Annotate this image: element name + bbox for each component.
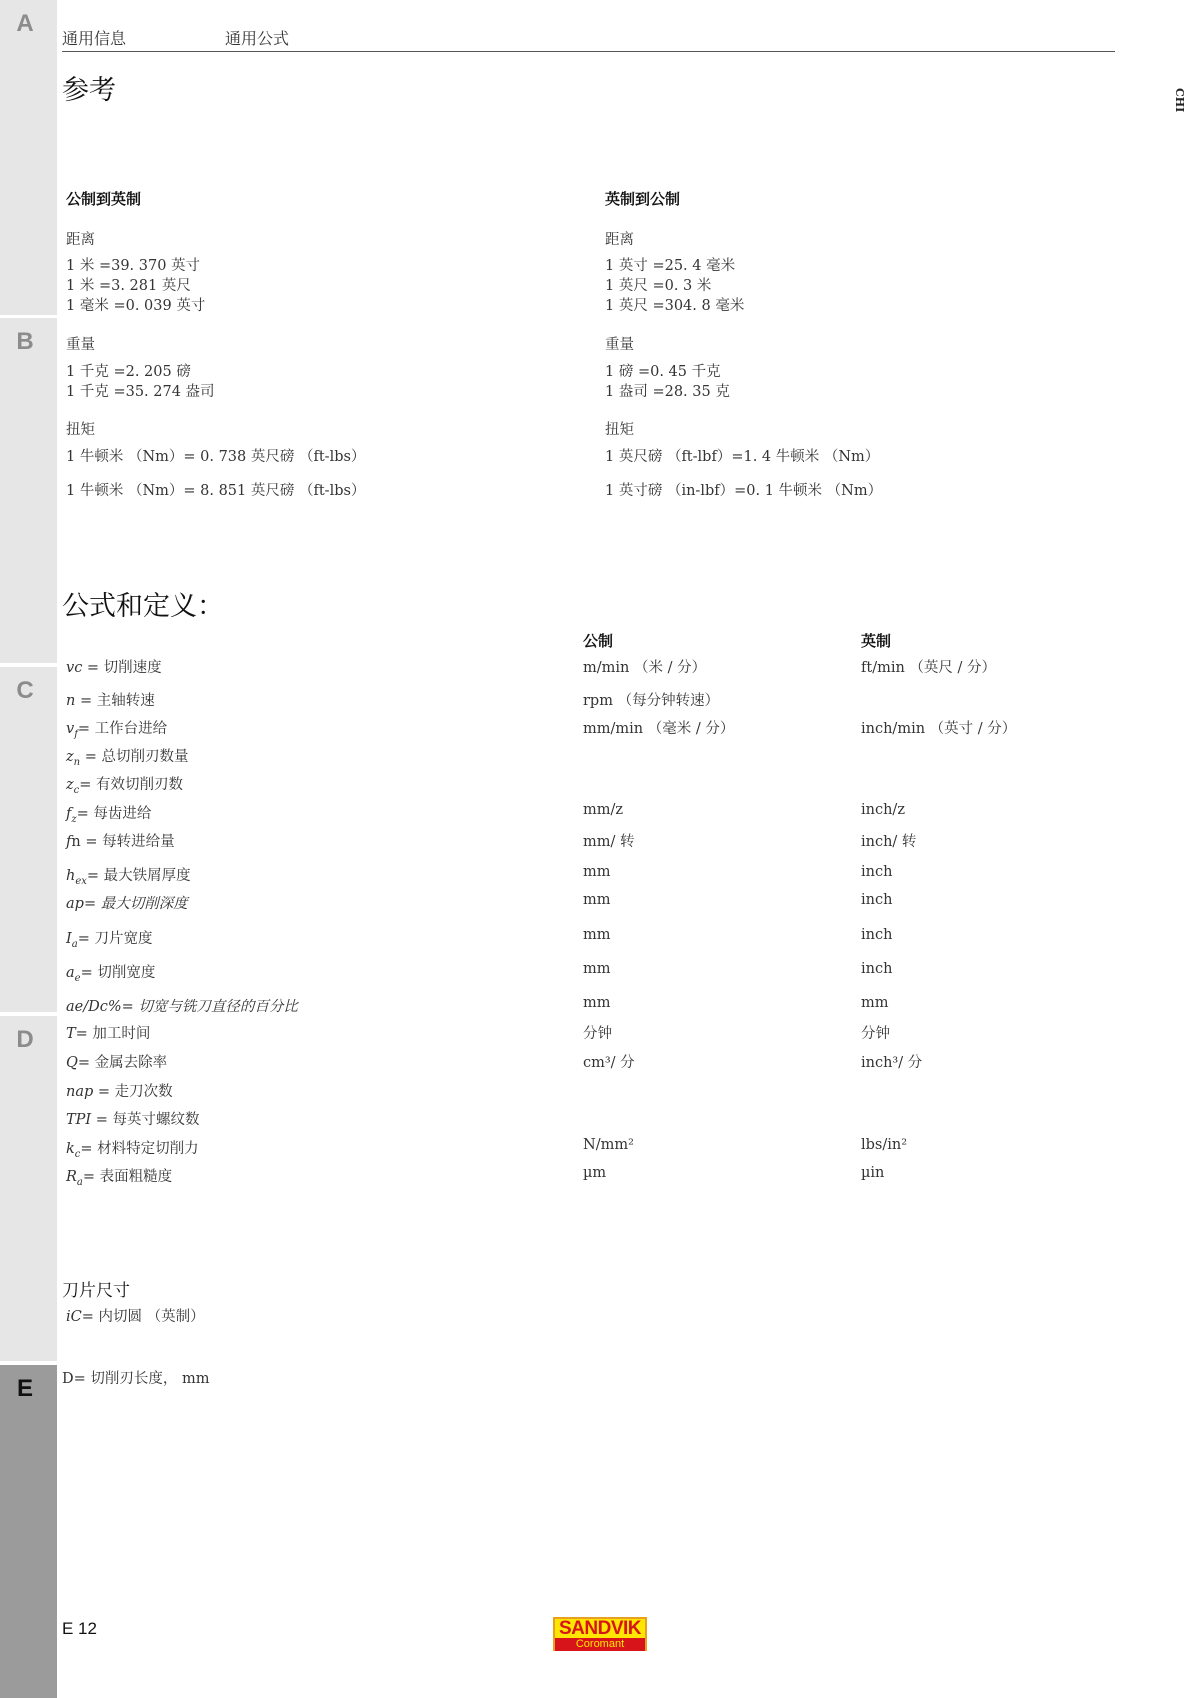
section-tab-d[interactable]: D xyxy=(0,1016,57,1361)
formula-text: = 材料特定切削力 xyxy=(80,1141,198,1157)
metric-unit: cm³/ 分 xyxy=(583,1051,635,1072)
conversion-line: 1 千克 =35. 274 盎司 xyxy=(66,380,215,401)
conversion-line: 1 磅 =0. 45 千克 xyxy=(605,360,721,381)
formula-definition: TPI = 每英寸螺纹数 xyxy=(66,1108,200,1131)
section-tab-a[interactable]: A xyxy=(0,0,57,315)
metric-unit: mm xyxy=(583,961,611,977)
formula-symbol: nap xyxy=(66,1084,93,1100)
torque-label: 扭矩 xyxy=(66,418,95,439)
d-definition: D= 切削刃长度， mm xyxy=(62,1367,210,1388)
section-tab-e[interactable]: E xyxy=(0,1365,57,1698)
section-tab-b[interactable]: B xyxy=(0,318,57,663)
imperial-unit: inch/min （英寸 / 分） xyxy=(861,717,1016,738)
imperial-unit: 分钟 xyxy=(861,1022,890,1043)
formula-text: = 有效切削刃数 xyxy=(79,777,183,793)
imperial-unit: ft/min （英尺 / 分） xyxy=(861,656,996,677)
section-tab-c[interactable]: C xyxy=(0,667,57,1012)
formula-text: = 工作台进给 xyxy=(78,721,167,737)
metric-column-header: 公制 xyxy=(583,630,613,651)
conversion-line: 1 米 =39. 370 英寸 xyxy=(66,254,200,275)
formula-symbol: Q xyxy=(66,1055,78,1071)
torque-label: 扭矩 xyxy=(605,418,634,439)
formula-symbol: T xyxy=(66,1026,76,1042)
conversion-line: 1 英尺 =304. 8 毫米 xyxy=(605,294,744,315)
metric-unit: mm xyxy=(583,927,611,943)
tab-letter: D xyxy=(0,1026,50,1054)
formula-text: = 主轴转速 xyxy=(75,693,154,709)
imperial-unit: inch xyxy=(861,892,892,908)
formula-symbol: vc xyxy=(66,660,82,676)
formula-text: = 走刀次数 xyxy=(93,1084,172,1100)
imperial-unit: inch/z xyxy=(861,802,905,818)
conversion-line: 1 英寸 =25. 4 毫米 xyxy=(605,254,735,275)
header-section: 通用信息 xyxy=(62,26,126,49)
formula-text: = 最大铁屑厚度 xyxy=(87,868,191,884)
imperial-unit: mm xyxy=(861,995,889,1011)
formula-symbol: n xyxy=(66,693,75,709)
formula-symbol: z xyxy=(66,777,74,793)
header-subsection: 通用公式 xyxy=(225,26,289,49)
formula-definition: ap= 最大切削深度 xyxy=(66,892,188,915)
tab-letter: E xyxy=(0,1375,50,1403)
tab-letter: A xyxy=(0,10,50,38)
weight-label: 重量 xyxy=(66,333,95,354)
sandvik-coromant-logo: SANDVIK Coromant xyxy=(553,1617,647,1651)
formula-definition: ae/Dc%= 切宽与铣刀直径的百分比 xyxy=(66,995,298,1018)
tab-letter: C xyxy=(0,677,50,705)
formula-symbol: ap xyxy=(66,896,84,912)
conversion-line: 1 英尺 =0. 3 米 xyxy=(605,274,711,295)
metric-unit: mm xyxy=(583,995,611,1011)
formula-definition: nap = 走刀次数 xyxy=(66,1080,173,1103)
metric-unit: mm xyxy=(583,864,611,880)
formula-text: n = 每转进给量 xyxy=(71,834,174,850)
logo-bottom-text: Coromant xyxy=(555,1638,645,1651)
formula-symbol: z xyxy=(66,749,74,765)
insert-size-title: 刀片尺寸 xyxy=(62,1276,130,1301)
imperial-unit: inch xyxy=(861,864,892,880)
formula-symbol: h xyxy=(66,868,75,884)
formula-text: = 表面粗糙度 xyxy=(83,1169,172,1185)
formula-text: = 每英寸螺纹数 xyxy=(91,1112,199,1128)
conversion-line: 1 英尺磅 （ft-lbf）=1. 4 牛顿米 （Nm） xyxy=(605,445,879,466)
tab-letter: B xyxy=(0,328,50,356)
metric-unit: 分钟 xyxy=(583,1022,612,1043)
formula-definition: zc= 有效切削刃数 xyxy=(66,773,183,796)
formula-definition: n = 主轴转速 xyxy=(66,689,155,712)
formula-text: = 切宽与铣刀直径的百分比 xyxy=(122,999,298,1015)
formula-symbol: k xyxy=(66,1141,75,1157)
formula-definition: Ra= 表面粗糙度 xyxy=(66,1165,172,1188)
formula-text: = 总切削刃数量 xyxy=(80,749,188,765)
formula-text: = 刀片宽度 xyxy=(78,931,153,947)
metric-unit: N/mm² xyxy=(583,1137,634,1153)
distance-label: 距离 xyxy=(605,228,634,249)
ic-definition: iC= 内切圆 （英制） xyxy=(66,1305,205,1326)
formulas-title: 公式和定义： xyxy=(62,584,224,623)
formula-definition: fz= 每齿进给 xyxy=(66,802,151,825)
imperial-column-header: 英制 xyxy=(861,630,891,651)
metric-unit: mm xyxy=(583,892,611,908)
conversion-line: 1 牛顿米 （Nm）= 8. 851 英尺磅 （ft-lbs） xyxy=(66,479,365,500)
conversion-line: 1 毫米 =0. 039 英寸 xyxy=(66,294,205,315)
formula-definition: Q= 金属去除率 xyxy=(66,1051,167,1074)
formula-definition: vc = 切削速度 xyxy=(66,656,162,679)
page-header: 通用信息 通用公式 xyxy=(62,26,1115,52)
formula-symbol: a xyxy=(66,965,75,981)
metric-unit: rpm （每分钟转速） xyxy=(583,689,719,710)
formula-text: = 最大切削深度 xyxy=(84,896,188,912)
formula-definition: vf= 工作台进给 xyxy=(66,717,167,740)
metric-unit: µm xyxy=(583,1165,606,1181)
formula-text: = 每齿进给 xyxy=(77,806,152,822)
formula-text: = 金属去除率 xyxy=(78,1055,167,1071)
conversion-line: 1 盎司 =28. 35 克 xyxy=(605,380,730,401)
distance-label: 距离 xyxy=(66,228,95,249)
formula-definition: ae= 切削宽度 xyxy=(66,961,155,984)
formula-symbol: ae/Dc% xyxy=(66,999,122,1015)
formula-text: = 切削宽度 xyxy=(81,965,156,981)
formula-definition: kc= 材料特定切削力 xyxy=(66,1137,199,1160)
language-code: CHI xyxy=(1173,88,1186,112)
formula-subscript: ex xyxy=(75,876,87,887)
ic-symbol: iC xyxy=(66,1309,82,1325)
imperial-unit: inch³/ 分 xyxy=(861,1051,922,1072)
conversion-line: 1 英寸磅 （in-lbf）=0. 1 牛顿米 （Nm） xyxy=(605,479,882,500)
conversion-line: 1 千克 =2. 205 磅 xyxy=(66,360,191,381)
formula-symbol: v xyxy=(66,721,74,737)
formula-definition: zn = 总切削刃数量 xyxy=(66,745,188,768)
formula-definition: hex= 最大铁屑厚度 xyxy=(66,864,191,887)
metric-unit: mm/ 转 xyxy=(583,830,635,851)
formula-symbol: R xyxy=(66,1169,77,1185)
page-number: E 12 xyxy=(62,1619,97,1639)
metric-to-imperial-heading: 公制到英制 xyxy=(66,188,141,209)
imperial-unit: inch xyxy=(861,961,892,977)
imperial-unit: µin xyxy=(861,1165,884,1181)
imperial-unit: inch xyxy=(861,927,892,943)
formula-text: = 加工时间 xyxy=(76,1026,151,1042)
imperial-unit: lbs/in² xyxy=(861,1137,907,1153)
imperial-unit: inch/ 转 xyxy=(861,830,916,851)
weight-label: 重量 xyxy=(605,333,634,354)
metric-unit: m/min （米 / 分） xyxy=(583,656,706,677)
metric-unit: mm/z xyxy=(583,802,623,818)
logo-top-text: SANDVIK xyxy=(555,1619,645,1638)
metric-unit: mm/min （毫米 / 分） xyxy=(583,717,734,738)
formula-symbol: TPI xyxy=(66,1112,91,1128)
formula-definition: T= 加工时间 xyxy=(66,1022,150,1045)
ic-text: = 内切圆 （英制） xyxy=(82,1309,205,1325)
imperial-to-metric-heading: 英制到公制 xyxy=(605,188,680,209)
conversion-line: 1 牛顿米 （Nm）= 0. 738 英尺磅 （ft-lbs） xyxy=(66,445,365,466)
formula-text: = 切削速度 xyxy=(82,660,161,676)
reference-title: 参考 xyxy=(62,68,116,107)
formula-definition: Ia= 刀片宽度 xyxy=(66,927,152,950)
conversion-line: 1 米 =3. 281 英尺 xyxy=(66,274,191,295)
formula-definition: fn = 每转进给量 xyxy=(66,830,175,853)
